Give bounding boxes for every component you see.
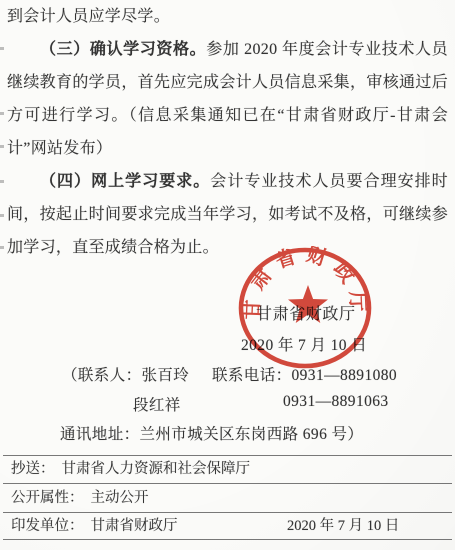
scan-artifact: [0, 112, 4, 115]
scan-artifact: [0, 145, 4, 148]
footer-value: 甘肃省人力资源和社会保障厅: [62, 461, 251, 477]
contact-address: 通讯地址：兰州市城关区东岗西路 696 号）: [60, 422, 363, 444]
official-seal: 甘肃省财政厅: [236, 246, 374, 372]
footer-row-publicity: 公开属性：主动公开: [3, 483, 452, 513]
star-icon: [288, 285, 328, 323]
document-page: 到会计人员应学尽学。 （三）确认学习资格。参加 2020 年度会计专业技术人员继…: [0, 0, 455, 550]
footer-label: 公开属性：: [11, 490, 84, 506]
scan-artifact: [0, 47, 4, 50]
paragraph-continuation: 到会计人员应学尽学。: [7, 0, 448, 33]
contact-phone-1: 联系电话：0931—8891080: [212, 363, 397, 385]
paragraph-item-3: （三）确认学习资格。参加 2020 年度会计专业技术人员继续教育的学员，首先应完…: [7, 33, 448, 165]
footer-issue-date: 2020 年 7 月 10 日: [287, 513, 399, 539]
paragraph-item-4: （四）网上学习要求。会计专业技术人员要合理安排时间，按起止时间要求完成当年学习，…: [7, 165, 448, 264]
paragraph-heading: （四）网上学习要求。: [40, 173, 210, 190]
footer-label: 印发单位：: [11, 518, 84, 534]
contact-person: （联系人：张百玲: [62, 363, 189, 385]
scan-artifact: [0, 246, 4, 249]
scan-artifact: [0, 180, 4, 183]
footer-row-cc: 抄送：甘肃省人力资源和社会保障厅: [3, 455, 452, 483]
contact-phone-2: 0931—8891063: [283, 393, 389, 411]
paragraph-text: 到会计人员应学尽学。: [7, 8, 170, 25]
document-body: 到会计人员应学尽学。 （三）确认学习资格。参加 2020 年度会计专业技术人员继…: [7, 0, 448, 264]
contact-person-2: 段红祥: [133, 393, 181, 415]
footer-label: 抄送：: [11, 461, 55, 477]
footer-value: 甘肃省财政厅: [91, 518, 178, 534]
document-footer: 抄送：甘肃省人力资源和社会保障厅 公开属性：主动公开 印发单位：甘肃省财政厅20…: [3, 455, 452, 540]
paragraph-text: 参加 2020 年度会计专业技术人员继续教育的学员，首先应完成会计人员信息采集，…: [7, 41, 448, 157]
footer-row-issuer: 印发单位：甘肃省财政厅2020 年 7 月 10 日: [3, 512, 452, 540]
paragraph-heading: （三）确认学习资格。: [40, 41, 206, 58]
footer-value: 主动公开: [91, 490, 149, 506]
scan-artifact: [0, 214, 4, 217]
